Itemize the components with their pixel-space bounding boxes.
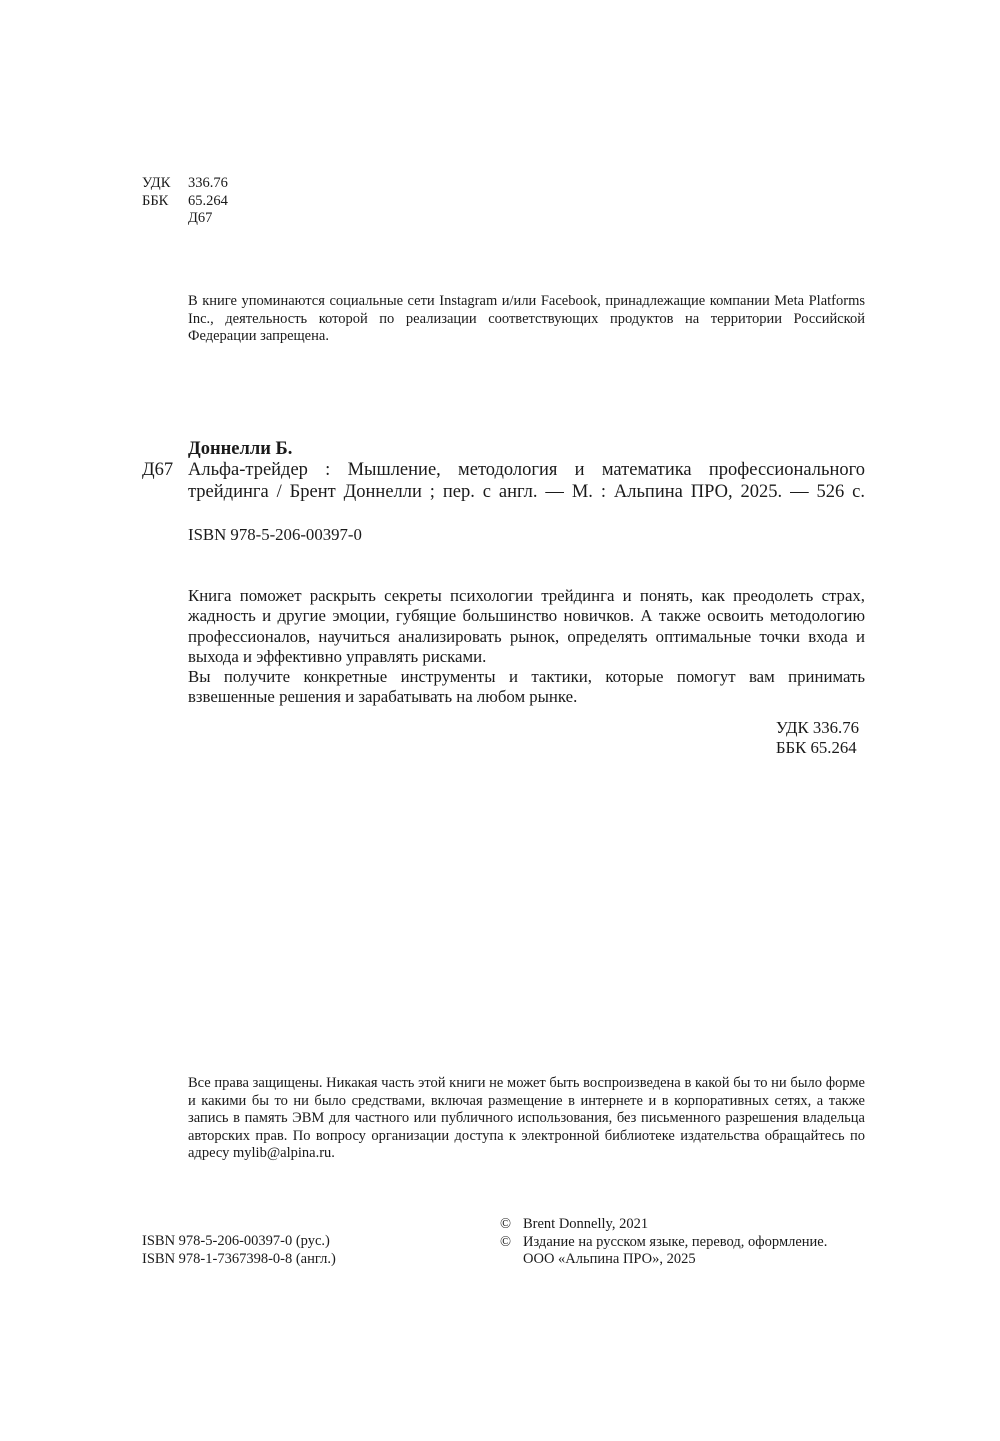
isbn-list: ISBN 978-5-206-00397-0 (рус.) ISBN 978-1…: [142, 1233, 336, 1268]
record-code: Д67: [142, 460, 173, 482]
rights-notice: Все права защищены. Никакая часть этой к…: [188, 1075, 865, 1163]
udk-bbk-right: УДК 336.76 ББК 65.264: [776, 718, 859, 759]
record-isbn: ISBN 978-5-206-00397-0: [188, 525, 362, 545]
annotation-paragraph-2: Вы получите конкретные инструменты и так…: [188, 667, 865, 708]
bbk-right-line: ББК 65.264: [776, 738, 859, 758]
annotation: Книга поможет раскрыть секреты психологи…: [188, 586, 865, 708]
bbk-label: ББК: [142, 193, 188, 211]
annotation-paragraph-1: Книга поможет раскрыть секреты психологи…: [188, 586, 865, 667]
copyright-icon: ©: [500, 1234, 523, 1252]
copyright-edition: Издание на русском языке, перевод, оформ…: [523, 1234, 827, 1252]
copyright-icon: ©: [500, 1216, 523, 1234]
udk-label: УДК: [142, 175, 188, 193]
udk-right-line: УДК 336.76: [776, 718, 859, 738]
copyright-author: Brent Donnelly, 2021: [523, 1216, 648, 1234]
isbn-rus: ISBN 978-5-206-00397-0 (рус.): [142, 1233, 336, 1251]
isbn-eng: ISBN 978-1-7367398-0-8 (англ.): [142, 1251, 336, 1269]
record-author: Доннелли Б.: [188, 439, 292, 461]
author-mark: Д67: [188, 210, 212, 228]
bbk-value: 65.264: [188, 193, 228, 211]
copyright-block: © Brent Donnelly, 2021 © Издание на русс…: [500, 1216, 827, 1269]
copyright-publisher: ООО «Альпина ПРО», 2025: [523, 1251, 696, 1269]
record-title-line1: Альфа-трейдер : Мышление, методология и …: [188, 460, 865, 482]
record-title: Альфа-трейдер : Мышление, методология и …: [188, 460, 865, 503]
classification-block: УДК 336.76 ББК 65.264 Д67: [142, 175, 228, 228]
udk-value: 336.76: [188, 175, 228, 193]
meta-notice: В книге упоминаются социальные сети Inst…: [188, 293, 865, 346]
record-title-line2: трейдинга / Брент Доннелли ; пер. с англ…: [188, 482, 865, 504]
